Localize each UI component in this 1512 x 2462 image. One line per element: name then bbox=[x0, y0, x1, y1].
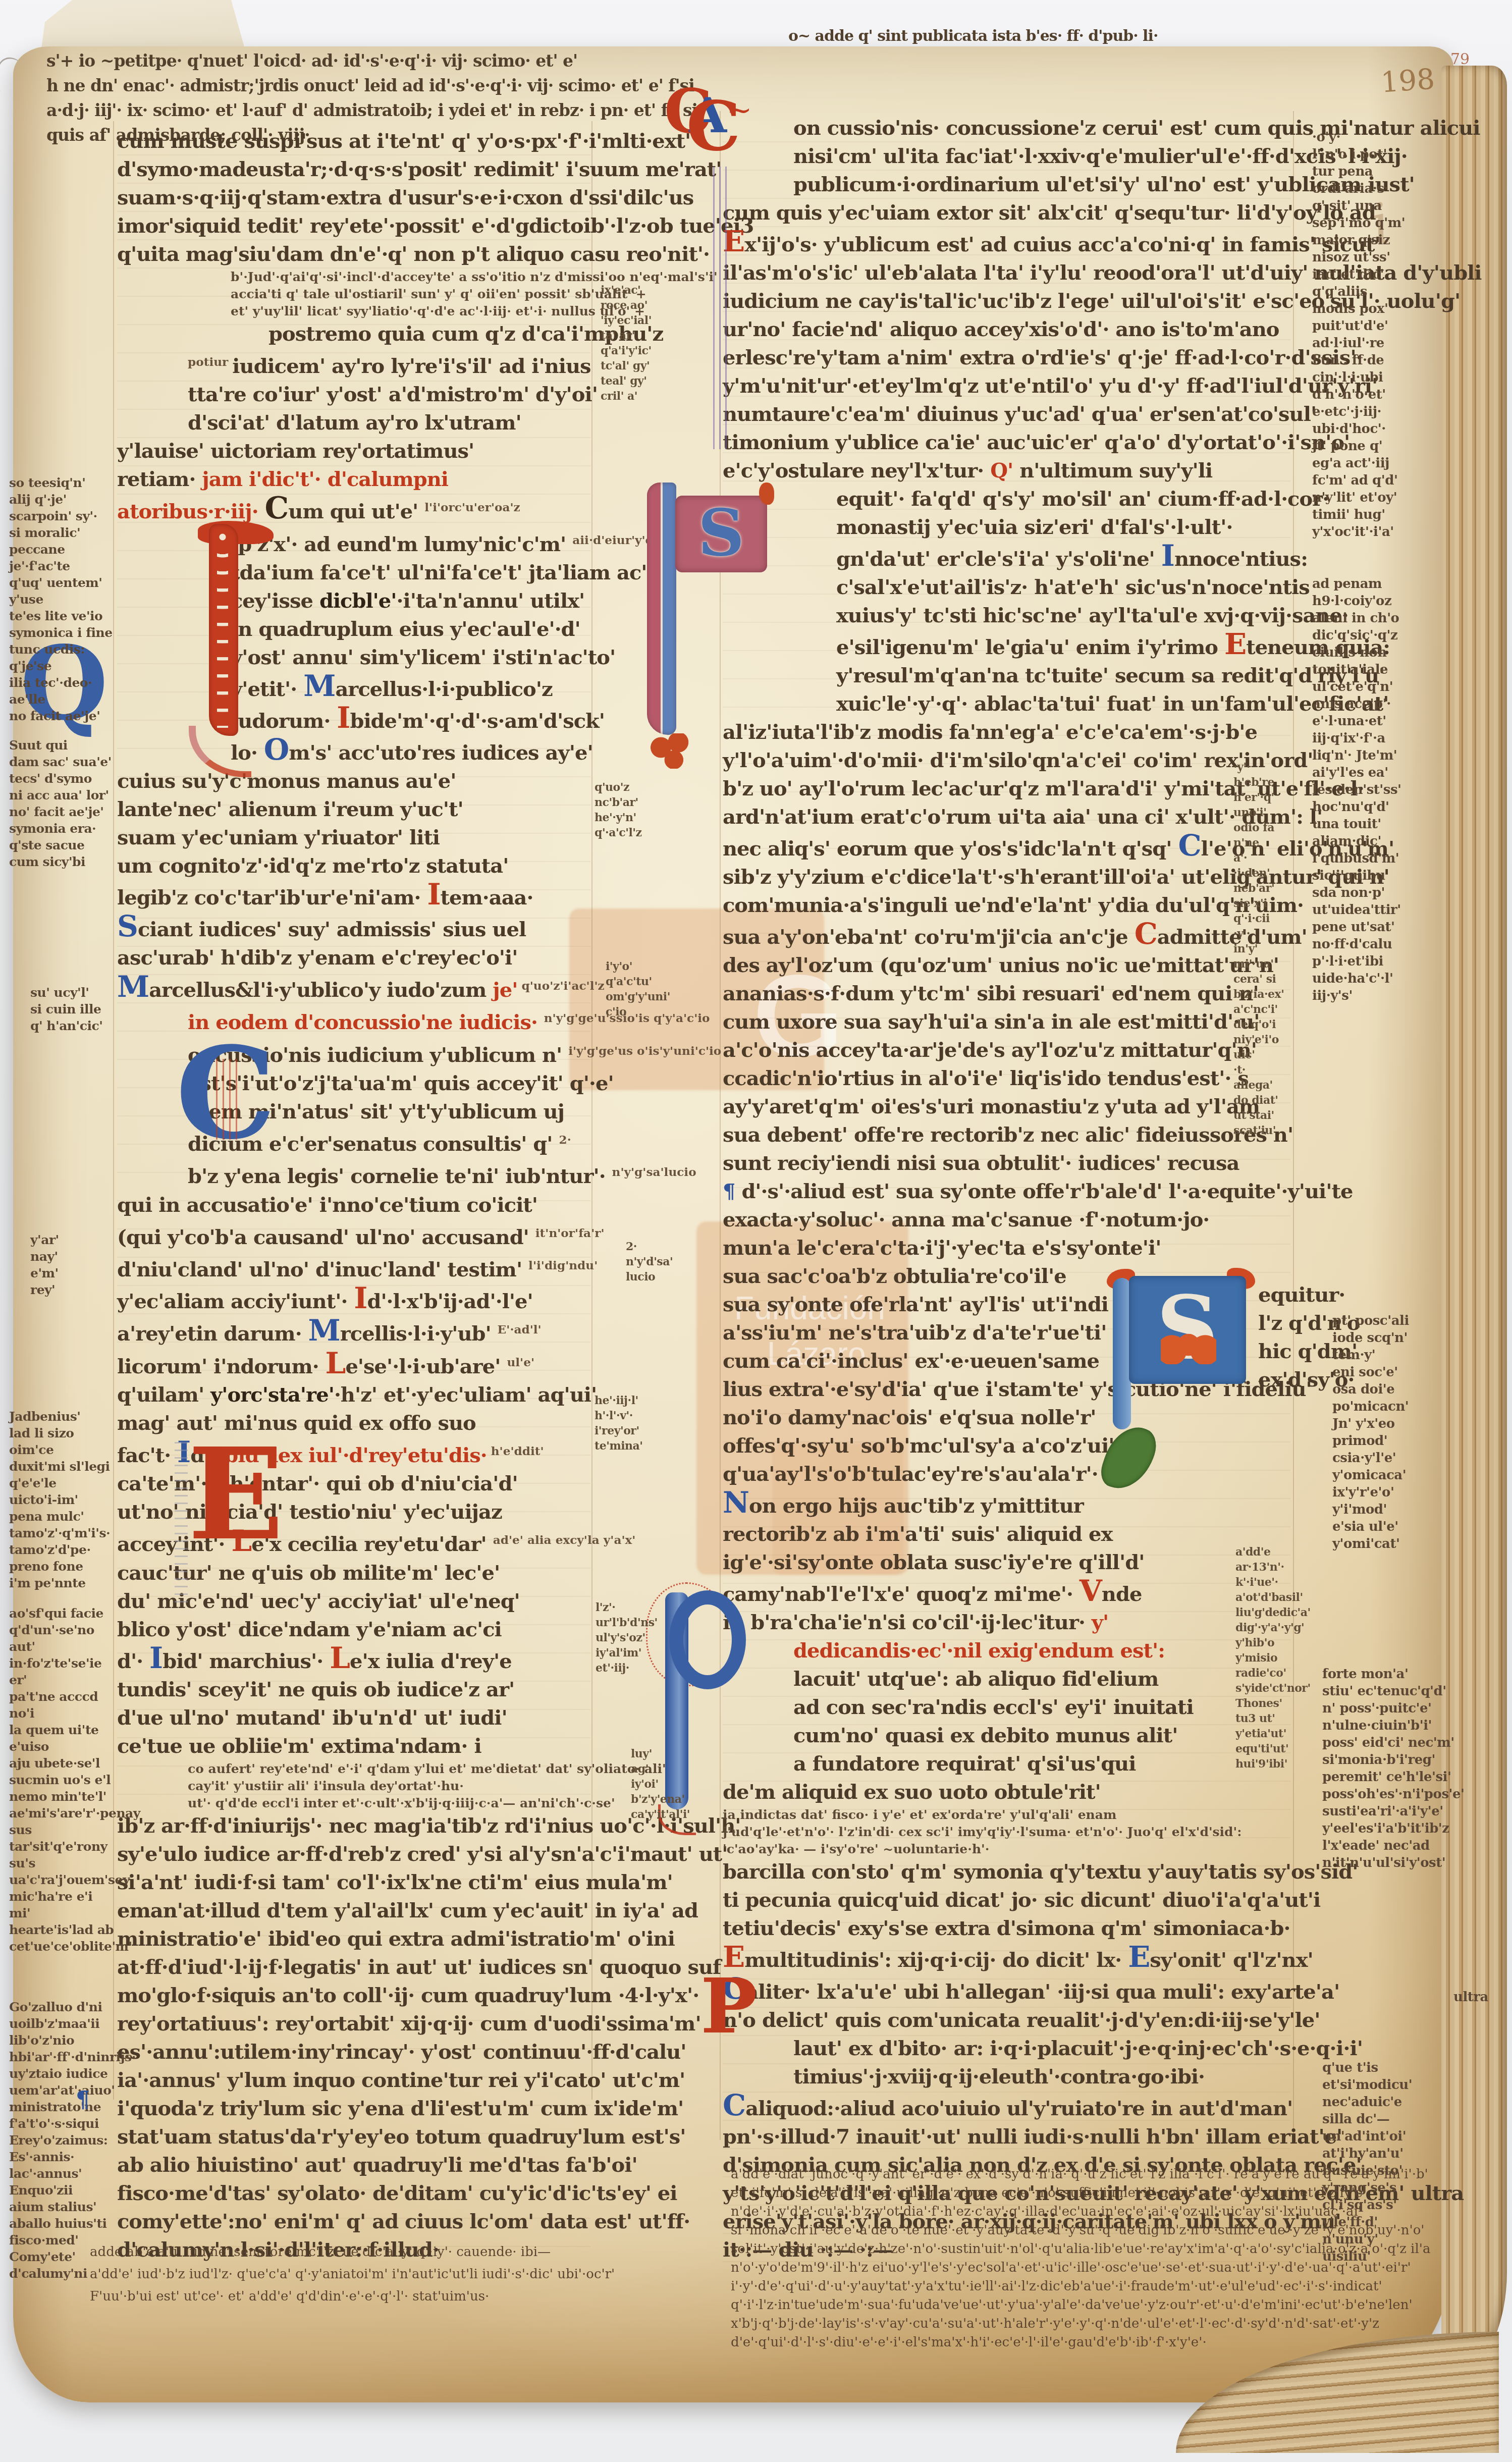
gloss-line: q'ste sacue bbox=[9, 837, 118, 853]
gloss-line: a'· bbox=[1233, 850, 1304, 866]
gloss-line: q' h'an'cic' bbox=[30, 1018, 139, 1034]
text-line: de'm aliquid ex suo uoto obtule'rit' bbox=[723, 1778, 1290, 1806]
text-line: i'quoda'z triy'lum sic y'ena d'li'est'u'… bbox=[117, 2095, 590, 2123]
text-line: blico y'ost' dice'ndam y'e'niam ac'ci bbox=[117, 1616, 590, 1644]
text-line: in quadruplum eius y'ec'aul'e'·d' bbox=[117, 615, 590, 644]
gloss-line: jt' pone q' bbox=[1312, 438, 1479, 455]
gloss-line: f'a't'o'·s·siqui bbox=[9, 2115, 118, 2132]
text-line: d'niu'cland' ul'no' d'inuc'land' testim'… bbox=[117, 1252, 590, 1284]
gloss-line: su's ua'c'ra'j'ouem'sey bbox=[9, 1855, 118, 1888]
text-line: q'uilam' y'orc'sta're'·h'z' et'·y'ec'uli… bbox=[117, 1381, 590, 1409]
gloss-line: uide·ha'c'·l' bbox=[1312, 970, 1479, 987]
gloss-line: cin'·l·i·ubi bbox=[1312, 369, 1479, 386]
gloss-line: osa doi'e bbox=[1332, 1381, 1499, 1398]
header-mark: o~ bbox=[788, 27, 810, 45]
text-line: nec aliq's' eorum que y'os's'idc'la'n't … bbox=[723, 831, 1290, 863]
bottom-right-addition-note: a'dd'e'·diat' junoc'·q'·y'ant' er'·d'e'·… bbox=[731, 2165, 1468, 2352]
gloss-line: e'·l·una·et' bbox=[1312, 713, 1479, 730]
text-line: iudicium ne cay'is'tal'ic'uc'ib'z l'ege'… bbox=[723, 287, 1290, 315]
gloss-line: c'io bbox=[606, 1004, 727, 1020]
text-line: in b'ra'cha'ie'n'si co'cil'·ij·lec'itur·… bbox=[723, 1609, 1290, 1637]
text-line: d'ue ul'no' mutand' ib'u'n'd' ut' iudi' bbox=[117, 1704, 590, 1732]
gloss-line: sus tar'sit'q'e'rony bbox=[9, 1822, 118, 1855]
left-margin-gloss: su' ucy'l'si cuin illeq' h'an'cic' bbox=[30, 984, 139, 1034]
gloss-line: et'si'modicu' bbox=[1322, 2076, 1489, 2094]
gloss-line: pt' posc'ali bbox=[1332, 1312, 1499, 1329]
gloss-line: e·etc'·j·iij· bbox=[1312, 403, 1479, 420]
gloss-line: una touit' bbox=[1312, 816, 1479, 833]
gloss-line: fc'm' ad q'd' bbox=[1312, 472, 1479, 489]
text-line: cay'it' y'ustiir ali' i'insula dey'ortat… bbox=[117, 1778, 590, 1795]
gloss-line: y'omicaca' bbox=[1332, 1467, 1499, 1484]
text-line: qui in accusatio'e' i'nno'ce'tium co'ici… bbox=[117, 1191, 590, 1219]
right-margin-gloss: forte mon'a'stiu' ec'tenuc'q'd'n' poss'·… bbox=[1322, 1666, 1489, 1871]
gloss-line: Jadbenius' bbox=[9, 1408, 118, 1425]
text-line: Caliter· lx'a'u'e' ubi h'allegan' ·iij·s… bbox=[723, 1974, 1290, 2006]
gloss-line: uy'ztaio iudice bbox=[9, 2065, 118, 2082]
text-line: y'm'u'nit'ur'·et'ey'lm'q'z ut'e'ntil'o' … bbox=[723, 372, 1290, 400]
text-line: y'lauise' uictoriam rey'ortatimus' bbox=[117, 437, 590, 465]
gloss-line: in·fo'z'te'se'ie er' bbox=[9, 1655, 118, 1688]
gloss-line: uic' bbox=[1233, 1047, 1304, 1062]
inner-gloss: a'dd'ear·13'n'·k'·i'ue'·a'ot'd'basil'liu… bbox=[1235, 1544, 1306, 1772]
gutter-gloss: 2·n'y'd'sa'lucio bbox=[626, 1239, 747, 1284]
gloss-line: iij·q'ix'·f'·a bbox=[1312, 730, 1479, 747]
gloss-line: y'misio bbox=[1235, 1650, 1306, 1666]
gloss-line: ciuilis non bbox=[1312, 644, 1479, 661]
gloss-line: q'a'c'tu' bbox=[606, 974, 727, 989]
gloss-line: q'uo'z bbox=[595, 780, 716, 795]
gloss-line: i'rey'or' bbox=[595, 1423, 716, 1438]
text-line: y'resul'm'q'an'na tc'tuite' secum sa red… bbox=[723, 662, 1290, 690]
gloss-line: e'sia ul'e' bbox=[1332, 1518, 1499, 1535]
text-line: erlesc're'y'tam a'nim' extra o'rd'ie's' … bbox=[723, 344, 1290, 372]
text-line: monastij y'ec'uia siz'eri' d'fal's'·l·ul… bbox=[723, 513, 1290, 542]
folio-number-alt: 79 bbox=[1450, 50, 1470, 68]
gloss-line: h9·l·coiy'oz bbox=[1312, 593, 1479, 610]
gloss-line: aium stalius' bbox=[9, 2199, 118, 2215]
gloss-line: q'a'i'y'ic' bbox=[601, 343, 722, 358]
gutter-gloss: l'z'·ur'l'b'd'ns'ul'y's'oz'iy'al'im'et'·… bbox=[596, 1600, 717, 1676]
text-line: tta're co'iur' y'ost' a'd'mistro'm' d'y'… bbox=[117, 381, 590, 409]
text-line: at·ff·d'iud'·l·ij·f·legatis' in aut' ut'… bbox=[117, 1953, 590, 1982]
gloss-line: n'y'd'sa' bbox=[626, 1254, 747, 1269]
gloss-line: h'eb're bbox=[1233, 775, 1304, 790]
gloss-line: dic'q'sic'·q'z bbox=[1312, 627, 1479, 644]
gloss-line: uicto'i-im' bbox=[9, 1491, 118, 1508]
gloss-line: ta' ar' bbox=[601, 328, 722, 343]
text-line: stat'uam status'da'r'y'ey'eo totum quadr… bbox=[117, 2123, 590, 2151]
text-line: y'etit'· Marcellus·l·i·publico'z bbox=[117, 672, 590, 704]
gloss-line: ut'stai' bbox=[1233, 1108, 1304, 1123]
text-line: n'de'·i'·y'd'e'·cu'a'·b'z·y'ot'dia'·f'·h… bbox=[731, 2203, 1468, 2221]
text-line: on cussio'nis· concussione'z cerui' est'… bbox=[723, 114, 1290, 142]
gloss-line: ultra bbox=[1453, 1989, 1512, 2006]
text-line: postremo quia cum q'z d'ca'i'mphu'z bbox=[117, 320, 590, 348]
left-margin-gloss: ao'sf'qui facieq'd'un'·se'no aut'in·fo'z… bbox=[9, 1605, 118, 1955]
text-line: si'·mona'ch'il'·ec'e'·a'de'o'·te'nue'·et… bbox=[731, 2221, 1468, 2240]
text-line: y'ec'aliam acciy'iunt'· Id'·l·x'b'ij·ad'… bbox=[117, 1284, 590, 1316]
gloss-line: ur'l'b'd'ns' bbox=[596, 1615, 717, 1630]
text-line: s'+ io ~petitpe· q'nuet' l'oicd· ad· id'… bbox=[46, 48, 677, 73]
text-line: c'sal'x'e'ut'ail'is'z· h'at'e'h' sic'us'… bbox=[723, 573, 1290, 602]
gloss-line: hui'9'ibi' bbox=[1235, 1756, 1306, 1772]
gloss-line: cril' a' bbox=[601, 389, 722, 404]
text-line: sua debent' offe're rectorib'z nec alic'… bbox=[723, 1121, 1290, 1149]
gloss-line: i'm pe'nnte bbox=[9, 1575, 118, 1591]
text-line: fisco·me'd'tas' sy'olato· de'ditam' cu'y… bbox=[117, 2179, 590, 2208]
text-line: ministratio'e' ibid'eo qui extra admi'is… bbox=[117, 1925, 590, 1953]
gloss-line: ad·l·iul'·re bbox=[1312, 335, 1479, 352]
text-line: nisi'cm' ul'ita fac'iat'·l·xxiv·q'e'muli… bbox=[723, 142, 1290, 171]
red-trefoil-ornament bbox=[650, 733, 693, 769]
gloss-line: ad penam bbox=[1312, 575, 1479, 593]
gloss-line: si moralic' bbox=[9, 524, 118, 541]
text-line: cuius su'y'c'monus manus au'e' bbox=[117, 767, 590, 795]
gloss-line: poss'oh'es'·n'i'pos'e' bbox=[1322, 1786, 1489, 1803]
gloss-line: 'iy'ec'ial' bbox=[601, 313, 722, 328]
gloss-line: Erey'o'zaimus: bbox=[9, 2132, 118, 2149]
gloss-line: n'it'n'u'ul'si'y'ost' bbox=[1322, 1854, 1489, 1871]
text-line: tetiu'decis' exy's'se extra d'simona q'm… bbox=[723, 1914, 1290, 1943]
gloss-line: ag' bbox=[631, 1761, 752, 1777]
gloss-line: tecs' d'symo bbox=[9, 770, 118, 787]
gloss-line: 2· bbox=[626, 1239, 747, 1254]
red-bud-ornament bbox=[759, 483, 774, 505]
gloss-line: hbi'ar'·ff'·d'ninrijs· bbox=[9, 2049, 118, 2065]
gloss-line: q'·a'c'l'z bbox=[595, 825, 716, 840]
gloss-line: peremit' ce'h'le'si' bbox=[1322, 1769, 1489, 1786]
gloss-line: i'y'o' bbox=[606, 959, 727, 974]
gloss-line: lucio bbox=[626, 1269, 747, 1284]
gloss-line: dam sac' sua'e' bbox=[9, 754, 118, 770]
text-line: tda'ium fa'ce't' ul'ni'fa'ce't' jta'liam… bbox=[117, 559, 590, 587]
gloss-line: nec'aduic'e bbox=[1322, 2094, 1489, 2111]
gloss-line: y'x'oc'it'·i'a' bbox=[1312, 523, 1479, 541]
penwork-initial-C-concussionis: C bbox=[686, 92, 740, 160]
header-note-text: adde q' sint publicata ista b'es· ff· d'… bbox=[815, 27, 1158, 45]
gloss-line: uem'ar'at'·aiuo' bbox=[9, 2082, 118, 2099]
text-line: ad con sec'ra'ndis eccl's' ey'i' inuitat… bbox=[723, 1693, 1290, 1722]
gloss-line: n'ulne·ciuin'b'i' bbox=[1322, 1717, 1489, 1734]
text-line: Non ergo hijs auc'tib'z y'mittitur bbox=[723, 1488, 1290, 1520]
left-text-column: cum muste suspi'sus at i'te'nt' q' y'o·s… bbox=[117, 127, 590, 2264]
text-line: timius'·j·xviij·q·ij·eleuth'·contra·go·i… bbox=[723, 2063, 1290, 2091]
gloss-line: mic'ha're e'i mi' bbox=[9, 1888, 118, 1921]
text-line: numtaure'c'ea'm' diuinus y'uc'ad' q'ua' … bbox=[723, 400, 1290, 429]
gloss-line: hearte'is'lad ab bbox=[9, 1921, 118, 1938]
text-line: ccadic'n'io'rtius in al'o'i'e' liq'is'id… bbox=[723, 1064, 1290, 1093]
gloss-line: y'ar' bbox=[30, 1232, 139, 1248]
gloss-line: neb'ar' bbox=[1233, 881, 1304, 896]
text-line: si'a'nt' iudi·f·si tam' co'l'·ix'lx'ne c… bbox=[117, 1868, 590, 1897]
initial-descender-bar bbox=[647, 483, 676, 735]
gloss-line: odio fa bbox=[1233, 820, 1304, 835]
text-line: cum muste suspi'sus at i'te'nt' q' y'o·s… bbox=[117, 127, 590, 155]
gloss-line: iac'·et'dic' bbox=[1312, 266, 1479, 283]
gloss-line: Enquo'zii bbox=[9, 2182, 118, 2199]
gloss-line: ul'y's'oz' bbox=[596, 1630, 717, 1645]
text-line: cey'isse dicbl'e'·i'ta'n'annu' utilx' bbox=[117, 587, 590, 615]
text-line: q'·i'·l'z·in'tue'ude'm'·sua'·fu'uda've'u… bbox=[731, 2296, 1468, 2315]
gloss-line: nisoz ut'ss' bbox=[1312, 249, 1479, 266]
running-header-note: o~ adde q' sint publicata ista b'es· ff·… bbox=[788, 26, 1243, 46]
gloss-line: so teesiq'n' bbox=[9, 474, 118, 491]
gloss-line: equ'ti'ut' bbox=[1235, 1741, 1306, 1756]
gloss-line: nay' bbox=[30, 1248, 139, 1265]
gloss-line: Suut qui bbox=[9, 737, 118, 754]
gloss-line: ·t· bbox=[1233, 1062, 1304, 1078]
gloss-line: a'c'nc'i' bbox=[1233, 1002, 1304, 1017]
gloss-line: l'·n'o i pot' bbox=[1312, 146, 1479, 163]
gloss-line: uno'i' bbox=[1233, 805, 1304, 820]
gloss-line: b'z'ia·ex' bbox=[1233, 987, 1304, 1002]
gloss-line: l'x'eade' nec'ad bbox=[1322, 1837, 1489, 1854]
gloss-line: timii' hug' bbox=[1312, 506, 1479, 523]
gloss-line: allega' bbox=[1233, 1078, 1304, 1093]
inner-gloss: ·y'·h'eb'reh'er'·q'uno'i'odio fan'nea'··… bbox=[1233, 760, 1304, 1138]
gloss-line: scarpoin' sy'· bbox=[9, 508, 118, 524]
gloss-line: cum sicy'bi bbox=[9, 853, 118, 870]
text-line: xuius'y' tc'sti hic'sc'ne' ay'l'ta'ul'e … bbox=[723, 602, 1290, 630]
gloss-line: cera' si bbox=[1233, 972, 1304, 987]
gloss-line: liq'n'· Jte'm' bbox=[1312, 747, 1479, 764]
gloss-line: b'z'y'ena' bbox=[631, 1792, 752, 1807]
gloss-line: ar·13'n'· bbox=[1235, 1560, 1306, 1575]
gloss-line: q'd'un'·se'no aut' bbox=[9, 1622, 118, 1655]
right-margin-gloss: ultra bbox=[1453, 1989, 1512, 2006]
gloss-line: silla dc'— bbox=[1322, 2111, 1489, 2128]
gloss-line: lac'·annus' bbox=[9, 2165, 118, 2182]
gloss-line: no·ff·d'calu bbox=[1312, 936, 1479, 953]
text-line: y'l'o'a'uim'·d'o'mii· d'i'm'silo'qn'a'c'… bbox=[723, 746, 1290, 775]
gloss-line: radie'co' bbox=[1235, 1666, 1306, 1681]
text-line: e'sil'igenu'm' le'gia'u' enim i'y'rimo E… bbox=[723, 630, 1290, 662]
gloss-line: su' ucy'l' bbox=[30, 984, 139, 1001]
gloss-line: ut'uidea'ttir' bbox=[1312, 901, 1479, 919]
text-line: (qui y'co'b'a causand' ul'no' accusand' … bbox=[117, 1219, 590, 1252]
gloss-line: aliam·dic' bbox=[1312, 833, 1479, 850]
gloss-line: q'ue t'is bbox=[1322, 2059, 1489, 2076]
text-line: d'e'·q'ui'·d'·l'·s'·diu'·e'·e'·i'·el's'm… bbox=[731, 2333, 1468, 2352]
gloss-line: h'er'·q' bbox=[1233, 790, 1304, 805]
text-line: Ex'ij'o's· y'ublicum est' ad cuius acc'a… bbox=[723, 227, 1290, 259]
text-line: b'·Jud'·q'ai'q'·si'·incl'·d'accey'te' a … bbox=[117, 269, 590, 286]
gloss-line: duxit'mi sl'legi bbox=[9, 1458, 118, 1475]
gloss-line: y'hib'o bbox=[1235, 1635, 1306, 1650]
gloss-line: pa't'ne acccd no'i bbox=[9, 1688, 118, 1722]
gloss-line: ubi·d'hoc'· bbox=[1312, 420, 1479, 438]
gloss-line: hoc'nu'q'd' bbox=[1312, 798, 1479, 816]
gloss-line: symonica i fine bbox=[9, 624, 118, 641]
text-line: legib'z co'c'tar'ib'ur'e'ni'am· Item·aaa… bbox=[117, 880, 590, 912]
gloss-line: a'dd'e bbox=[1235, 1544, 1306, 1560]
text-line: ti pecunia quicq'uid dicat' jo· sic dicu… bbox=[723, 1886, 1290, 1914]
gloss-line: tamo'z'·q'm'i's· bbox=[9, 1525, 118, 1541]
gloss-line: alij q'·je' bbox=[9, 491, 118, 508]
gloss-line: in'y' bbox=[1233, 941, 1304, 956]
text-line: et' i'fc'm'·si de'a'il'is'·ua'·uillag'·q… bbox=[731, 2184, 1468, 2203]
text-line: cum quis y'ec'uiam extor sit' alx'cit' q… bbox=[723, 199, 1290, 227]
text-line: eman'at·illud d'tem y'al'ail'lx' cum y'e… bbox=[117, 1897, 590, 1925]
gloss-line: Es'·annis· bbox=[9, 2149, 118, 2165]
gloss-line: modis pox' bbox=[1312, 300, 1479, 317]
gloss-line: scat'iu' bbox=[1233, 1123, 1304, 1138]
text-line: tundis' scey'it' ne quis ob iudice'z ar' bbox=[117, 1676, 590, 1704]
gloss-line: n' poss'·puitc'e' bbox=[1322, 1700, 1489, 1717]
gloss-line: aju ubete·se'l bbox=[9, 1755, 118, 1772]
text-line: sua a'y'on'eba'nt' co'ru'm'ji'cia an'c'j… bbox=[723, 920, 1290, 951]
gloss-line: aballo huius'ti bbox=[9, 2215, 118, 2232]
text-line: com'munia·a's'inguli ue'nd'e'la'nt' y'di… bbox=[723, 891, 1290, 920]
gloss-line: ·i·den' bbox=[1233, 866, 1304, 881]
text-line: sy'e'ulo iudice ar·ff·d'reb'z cred' y'si… bbox=[117, 1840, 590, 1868]
gutter-gloss: i'y'o'q'a'c'tu'om'g'y'uni'c'io bbox=[606, 959, 727, 1020]
gutter-gloss: luy'ag'iy'oi'b'z'y'ena'ca'y'it'al'i' bbox=[631, 1746, 752, 1822]
illuminated-initial-S: S bbox=[647, 478, 778, 781]
gloss-line: et'·iij· bbox=[596, 1661, 717, 1676]
gloss-line: sda non·p' bbox=[1312, 884, 1479, 901]
text-line: dedicandis·ec'·nil exig'endum est': bbox=[723, 1637, 1290, 1665]
gloss-line: h'·l'·v'· bbox=[595, 1408, 716, 1423]
text-line: rey'ortatiuus': rey'ortabit' xij·q·ij· c… bbox=[117, 2010, 590, 2038]
gloss-line: he'·iij·l' bbox=[595, 1393, 716, 1408]
text-line: e'c'y'ostulare ney'l'x'tur· Q' n'ultimum… bbox=[723, 457, 1290, 485]
gloss-line: sie·x'i bbox=[1233, 896, 1304, 911]
gloss-line: niy'e'i'o bbox=[1233, 1032, 1304, 1047]
text-line: timonium y'ublice ca'ie' auc'uic'er' q'a… bbox=[723, 429, 1290, 457]
text-line: ia indictas dat' fisco· i y'e' et' ex'or… bbox=[723, 1806, 1290, 1824]
text-line: a'rey'etin darum· Mrcellis·l·i·y'ub' E'·… bbox=[117, 1316, 590, 1348]
gloss-line: te'mina' bbox=[595, 1438, 716, 1454]
text-line: a·d·j· iij'· ix· scimo· et' l·auf' d' ad… bbox=[46, 98, 677, 123]
gloss-line: la quem ui'te e'uiso bbox=[9, 1722, 118, 1755]
right-margin-gloss: ·o'y·l'·n'o i pot'tur penaordi'aria·s·q'… bbox=[1312, 129, 1479, 541]
text-line: mun'a le'c'era'c'ta·i'j'·y'ec'ta e's'sy'… bbox=[723, 1234, 1290, 1262]
text-line: suam y'ec'uniam y'riuator' liti bbox=[117, 824, 590, 852]
text-line: ananias·s·f·dum y'tc'm' sibi resuari' ed… bbox=[723, 980, 1290, 1008]
gloss-line: at'i'hy'an'u' bbox=[1322, 2145, 1489, 2162]
gloss-line: ordi'aria·s· bbox=[1312, 180, 1479, 197]
gloss-line: symonia era· bbox=[9, 820, 118, 837]
text-line: equitur· bbox=[1258, 1281, 1360, 1309]
penwork-initial-A bbox=[202, 524, 293, 776]
gloss-line: poss' eid'ci' nec'm' bbox=[1322, 1734, 1489, 1751]
red-initial-P-petimus: P bbox=[700, 1968, 758, 2044]
gutter-gloss: ix'e'ac'roce ao''iy'ec'ial'ta' ar'q'a'i'… bbox=[601, 283, 722, 404]
gloss-line: puit'ut'd'e' bbox=[1312, 317, 1479, 335]
penwork-initial-C: C bbox=[176, 1030, 276, 1156]
gloss-line: l'un': ff·de bbox=[1312, 352, 1479, 369]
gloss-line: q'·i·cii bbox=[1233, 911, 1304, 926]
gloss-line: uoilb'z'maa'ii bbox=[9, 2015, 118, 2032]
text-line: ay'y'aret'q'm' oi'es's'uri monastiu'z y'… bbox=[723, 1093, 1290, 1121]
gloss-line: y'etia'ut' bbox=[1235, 1726, 1306, 1741]
text-line: iudorum· Ibide'm'·q'·d'·s·am'd'sck' bbox=[117, 704, 590, 735]
gloss-line: iy'al'im' bbox=[596, 1645, 717, 1661]
text-line: a'dd'e' iud'·b'z iud'l'z· q'ue'c'a' q'·y… bbox=[90, 2263, 685, 2285]
text-line: sib'z y'y'zium e'c'dice'la't'·s'h'erant'… bbox=[723, 863, 1290, 891]
text-line: retiam· jam i'dic't'· d'calumpni bbox=[117, 465, 590, 494]
gloss-line: q'uq' uentem' y'use bbox=[9, 574, 118, 608]
gloss-line: preno fone bbox=[9, 1558, 118, 1575]
gloss-line: ilia tec'·deo· ae'lle bbox=[9, 674, 118, 708]
text-line: es'·annu':utilem·iny'rincay'· y'ost' con… bbox=[117, 2038, 590, 2066]
text-line: ia'·annus' y'lum inquo contine'tur rei y… bbox=[117, 2066, 590, 2095]
gloss-line: tu3 ut' bbox=[1235, 1711, 1306, 1726]
text-line: Marcellus&l'i·y'ublico'y iudo'zum je' q'… bbox=[117, 972, 590, 1004]
gloss-line: k'·i'ue'· bbox=[1235, 1575, 1306, 1590]
gloss-line: ul'cet'e'q'n' bbox=[1312, 678, 1479, 695]
gloss-line: e'm' bbox=[30, 1265, 139, 1281]
text-line: sunt reciy'iendi nisi sua obtulit'· iudi… bbox=[723, 1149, 1290, 1178]
text-line: publicum·i·ordinarium ul'et'si'y' ul'no'… bbox=[723, 171, 1290, 199]
gloss-line: ·y'· bbox=[1233, 926, 1304, 941]
gloss-line: pene ut'sat' bbox=[1312, 919, 1479, 936]
text-line: mo'glo·f·siquis an'to coll'·ij· cum quad… bbox=[117, 1982, 590, 2010]
initial-letter: S bbox=[698, 495, 744, 571]
text-line: comy'ette':no' eni'm' q' ad ciuus lc'om'… bbox=[117, 2208, 590, 2236]
text-line: q'uita mag'siu'dam dn'e'·q' non p't aliq… bbox=[117, 240, 590, 269]
text-line: ur'no' facie'nd' aliquo accey'xis'o'd'· … bbox=[723, 315, 1290, 344]
text-line: Emultitudinis': xij·q·i·cij· do dicit' l… bbox=[723, 1943, 1290, 1974]
text-line: ut'· q'd'de eccl'i inter et'·c·ult'·x'b'… bbox=[117, 1795, 590, 1812]
gloss-line: peccane je'·f'ac'te bbox=[9, 541, 118, 574]
text-line: n'o delict' quis com'unicata reualit'·j·… bbox=[723, 2006, 1290, 2035]
right-margin-gloss: ad penamh9·l·coiy'ozaleni in ch'odic'q's… bbox=[1312, 575, 1479, 1004]
gloss-line: Go'zalluo d'ni bbox=[9, 1999, 118, 2015]
text-line: licorum' i'ndorum· Le'se'·l·i·ub'are' ul… bbox=[117, 1349, 590, 1381]
text-line: x'b'j·q'·b'j·de'·lay'is'·s'·v'ay'·cu'a'·… bbox=[731, 2315, 1468, 2333]
right-text-column: on cussio'nis· concussione'z cerui' est'… bbox=[723, 114, 1290, 2264]
text-line: des ay'l'oz'um (qu'oz'um' unius no'ic ue… bbox=[723, 951, 1290, 980]
gloss-line: ix'y'r'e'o' bbox=[1332, 1484, 1499, 1501]
text-line: d'symo·madeusta'r;·d·q·s·s'posit' redimi… bbox=[117, 155, 590, 184]
text-line: j'ud'q'le'·et'n'o'· l'z'in'di· cex sc'i'… bbox=[723, 1824, 1290, 1841]
gloss-line: csia·y'l'e' bbox=[1332, 1450, 1499, 1467]
text-line: potiur iudicem' ay'ro ly're'i's'il' ad i… bbox=[117, 348, 590, 381]
text-line: lo· Om's' acc'uto'res iudices ay'e' bbox=[117, 735, 590, 767]
gloss-line: tamo'z'd'pe· bbox=[9, 1541, 118, 1558]
gloss-line: tem·y' bbox=[1332, 1347, 1499, 1364]
text-line: co aufert' rey'ete'nd' e'·i' q'dam y'lui… bbox=[117, 1760, 590, 1778]
text-line: y'ost' annu' sim'y'licem' i'sti'n'ac'to' bbox=[117, 644, 590, 672]
gloss-line: tc'al' gy' bbox=[601, 358, 722, 373]
left-margin-gloss: Jadbenius'lad li sizo oim'ceduxit'mi sl'… bbox=[9, 1408, 118, 1591]
gloss-line: forte mon'a' bbox=[1322, 1666, 1489, 1683]
text-line: du' mic'e'nd' uec'y' acciy'iat' ul'e'neq… bbox=[117, 1587, 590, 1616]
text-line: a'c'o'nis accey'ta·ar'je'de's ay'l'oz'u'… bbox=[723, 1036, 1290, 1064]
text-line: al'iz'iuta'l'ib'z modis fa'nn'eg'a' e'c'… bbox=[723, 718, 1290, 746]
gloss-line: sep'i'mo q'm' bbox=[1312, 215, 1479, 232]
text-line: lacuit' utq'ue': ab aliquo fid'elium bbox=[723, 1665, 1290, 1693]
gloss-line: dig'·y'a'·y'g' bbox=[1235, 1620, 1306, 1635]
folio-number: 198 bbox=[1380, 63, 1436, 99]
gloss-line: ministrato'ne bbox=[9, 2099, 118, 2115]
gloss-line: no facit ae'je' bbox=[9, 708, 118, 724]
gloss-line: d'h'·n'o·et' bbox=[1312, 386, 1479, 403]
initial-bar bbox=[1113, 1278, 1131, 1429]
gloss-line: lad li sizo oim'ce bbox=[9, 1425, 118, 1458]
bottom-left-addition-note: adde ab'e'a'li' iud'ne' senatore mc'l'zi… bbox=[90, 2241, 685, 2308]
penwork-initial-E: E bbox=[188, 1431, 284, 1557]
text-line: Caliquod:·aliud aco'uiuio ul'y'ruiato're… bbox=[723, 2091, 1290, 2123]
text-line: sol'it'·y'ost'·i'au'y'de'z·h'ze'·n'o'·su… bbox=[731, 2240, 1468, 2259]
gloss-line: y'omi'cat' bbox=[1332, 1535, 1499, 1553]
gloss-line: primod' bbox=[1332, 1432, 1499, 1450]
gutter-gloss: q'uo'znc'b'ar'he'·y'n'q'·a'c'l'z bbox=[595, 780, 716, 840]
text-line: d'sci'at' d'latum ay'ro lx'utram' bbox=[117, 409, 590, 437]
